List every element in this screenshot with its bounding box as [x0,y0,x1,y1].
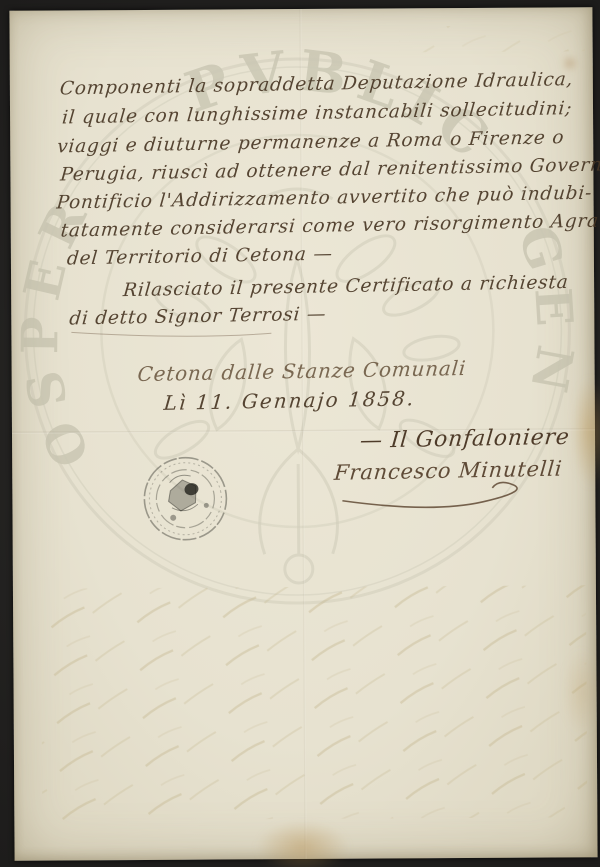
foxing-stain-right-lower [561,647,600,737]
municipal-ink-stamp [137,450,235,548]
watermark-right-letters: GEN [507,219,586,413]
reverse-side-show-through [41,585,587,820]
foxing-stain-top-right [563,57,577,69]
signature-flourish [342,482,517,507]
dateline-date: Lì 11. Gennajo 1858. [163,386,417,415]
closing-role-gonfaloniere: — Il Gonfaloniere [359,425,571,454]
svg-text:GEN: GEN [507,219,586,413]
reverse-side-show-through-top [400,25,585,52]
manuscript-paper-sheet: OSPER PVBLIC GEN [9,7,597,861]
foxing-stain-bottom-center [256,821,348,867]
signature-francesco-minutelli: Francesco Minutelli [333,457,563,485]
scanned-manuscript-page: { "doc": { "language": "Italian", "lines… [0,0,600,867]
foxing-stain-right-edge [572,377,600,487]
